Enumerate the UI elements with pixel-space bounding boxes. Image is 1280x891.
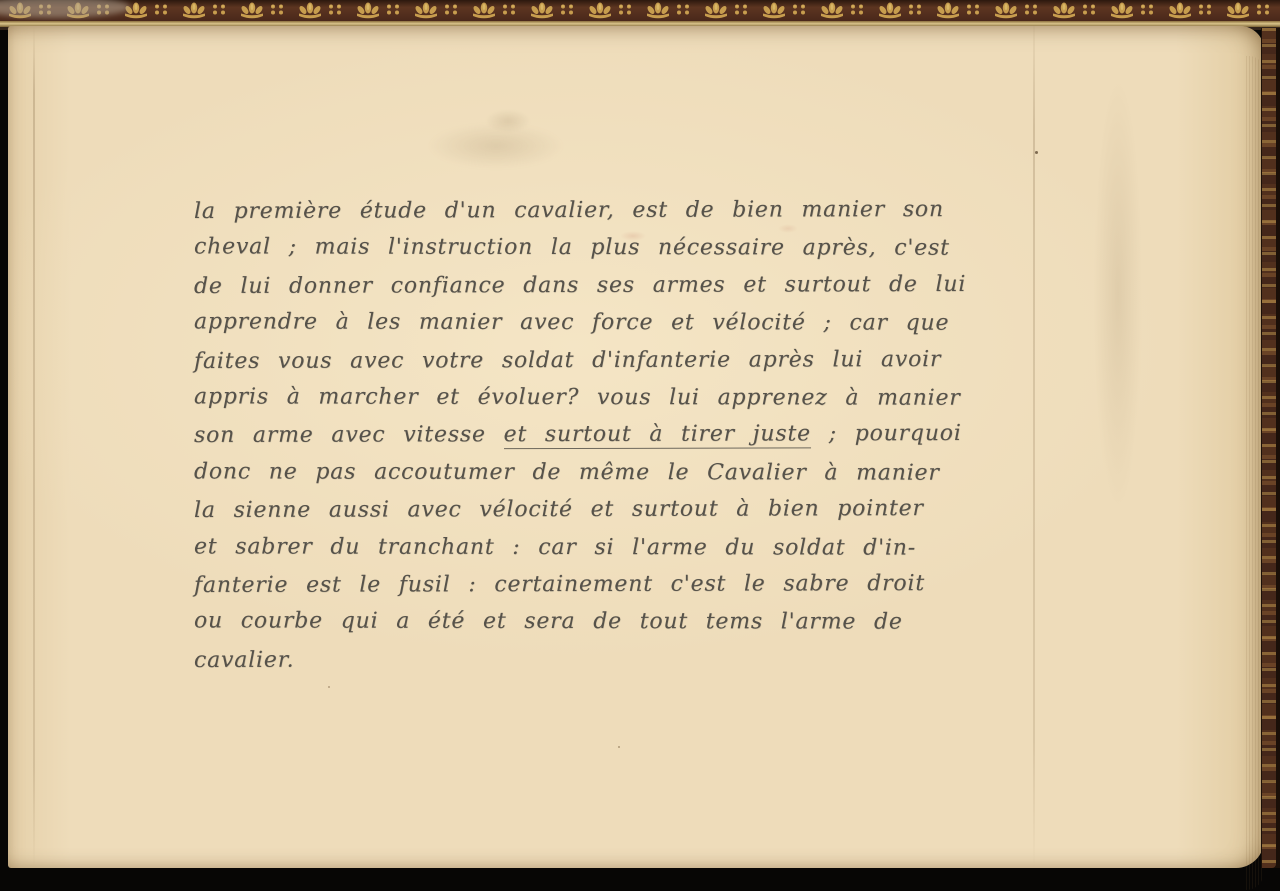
line-text: la sienne aussi avec vélocité et surtout… (194, 496, 924, 523)
paper-crease-left (33, 26, 35, 868)
line-text: cheval ; mais l'instruction la plus néce… (194, 235, 950, 261)
manuscript-line: et sabrer du tranchant : car si l'arme d… (194, 528, 954, 567)
manuscript-line: son arme avec vitesse et surtout à tirer… (194, 415, 954, 454)
line-text: faites vous avec votre soldat d'infanter… (194, 347, 941, 374)
manuscript-line: la sienne aussi avec vélocité et surtout… (194, 490, 954, 529)
book-right-cover-edge (1261, 28, 1280, 868)
line-text: donc ne pas accoutumer de même le Cavali… (194, 459, 940, 485)
age-speck (1035, 151, 1038, 154)
line-text: cavalier. (194, 647, 294, 672)
line-text: appris à marcher et évoluer? vous lui ap… (194, 384, 961, 410)
manuscript-line: ou courbe qui a été et sera de tout tems… (194, 603, 954, 642)
line-text: fanterie est le fusil : certainement c'e… (194, 571, 925, 598)
paper-shading (1083, 46, 1153, 666)
manuscript-line: fanterie est le fusil : certainement c'e… (194, 565, 954, 604)
age-speck (328, 686, 330, 688)
line-text: de lui donner confiance dans ses armes e… (194, 272, 966, 299)
manuscript-line: apprendre à les manier avec force et vél… (194, 304, 954, 343)
manuscript-line: cavalier. (194, 640, 954, 679)
ink-bleedthrough-smudge (478, 106, 538, 136)
manuscript-line: de lui donner confiance dans ses armes e… (194, 266, 954, 305)
line-text: ; pourquoi (811, 421, 962, 446)
line-text: ou courbe qui a été et sera de tout tems… (194, 609, 903, 635)
manuscript-line: appris à marcher et évoluer? vous lui ap… (194, 378, 954, 417)
line-text: son arme avec vitesse (194, 423, 504, 449)
line-text: et sabrer du tranchant : car si l'arme d… (194, 534, 916, 560)
line-text: apprendre à les manier avec force et vél… (194, 310, 949, 336)
age-speck (618, 746, 620, 748)
manuscript-line: la première étude d'un cavalier, est de … (194, 191, 954, 230)
manuscript-line: donc ne pas accoutumer de même le Cavali… (194, 453, 954, 492)
manuscript-line: faites vous avec votre soldat d'infanter… (194, 341, 954, 380)
line-text: la première étude d'un cavalier, est de … (194, 197, 944, 224)
manuscript-line: cheval ; mais l'instruction la plus néce… (194, 229, 954, 268)
handwritten-text-block: la première étude d'un cavalier, est de … (194, 192, 954, 678)
gold-tooling-ornament-icon (1262, 28, 1276, 868)
manuscript-photo: { "manuscript": { "lines": [ { "pre": "l… (0, 0, 1280, 891)
manuscript-page: la première étude d'un cavalier, est de … (8, 26, 1264, 868)
underlined-text: et surtout à tirer juste (504, 422, 811, 450)
